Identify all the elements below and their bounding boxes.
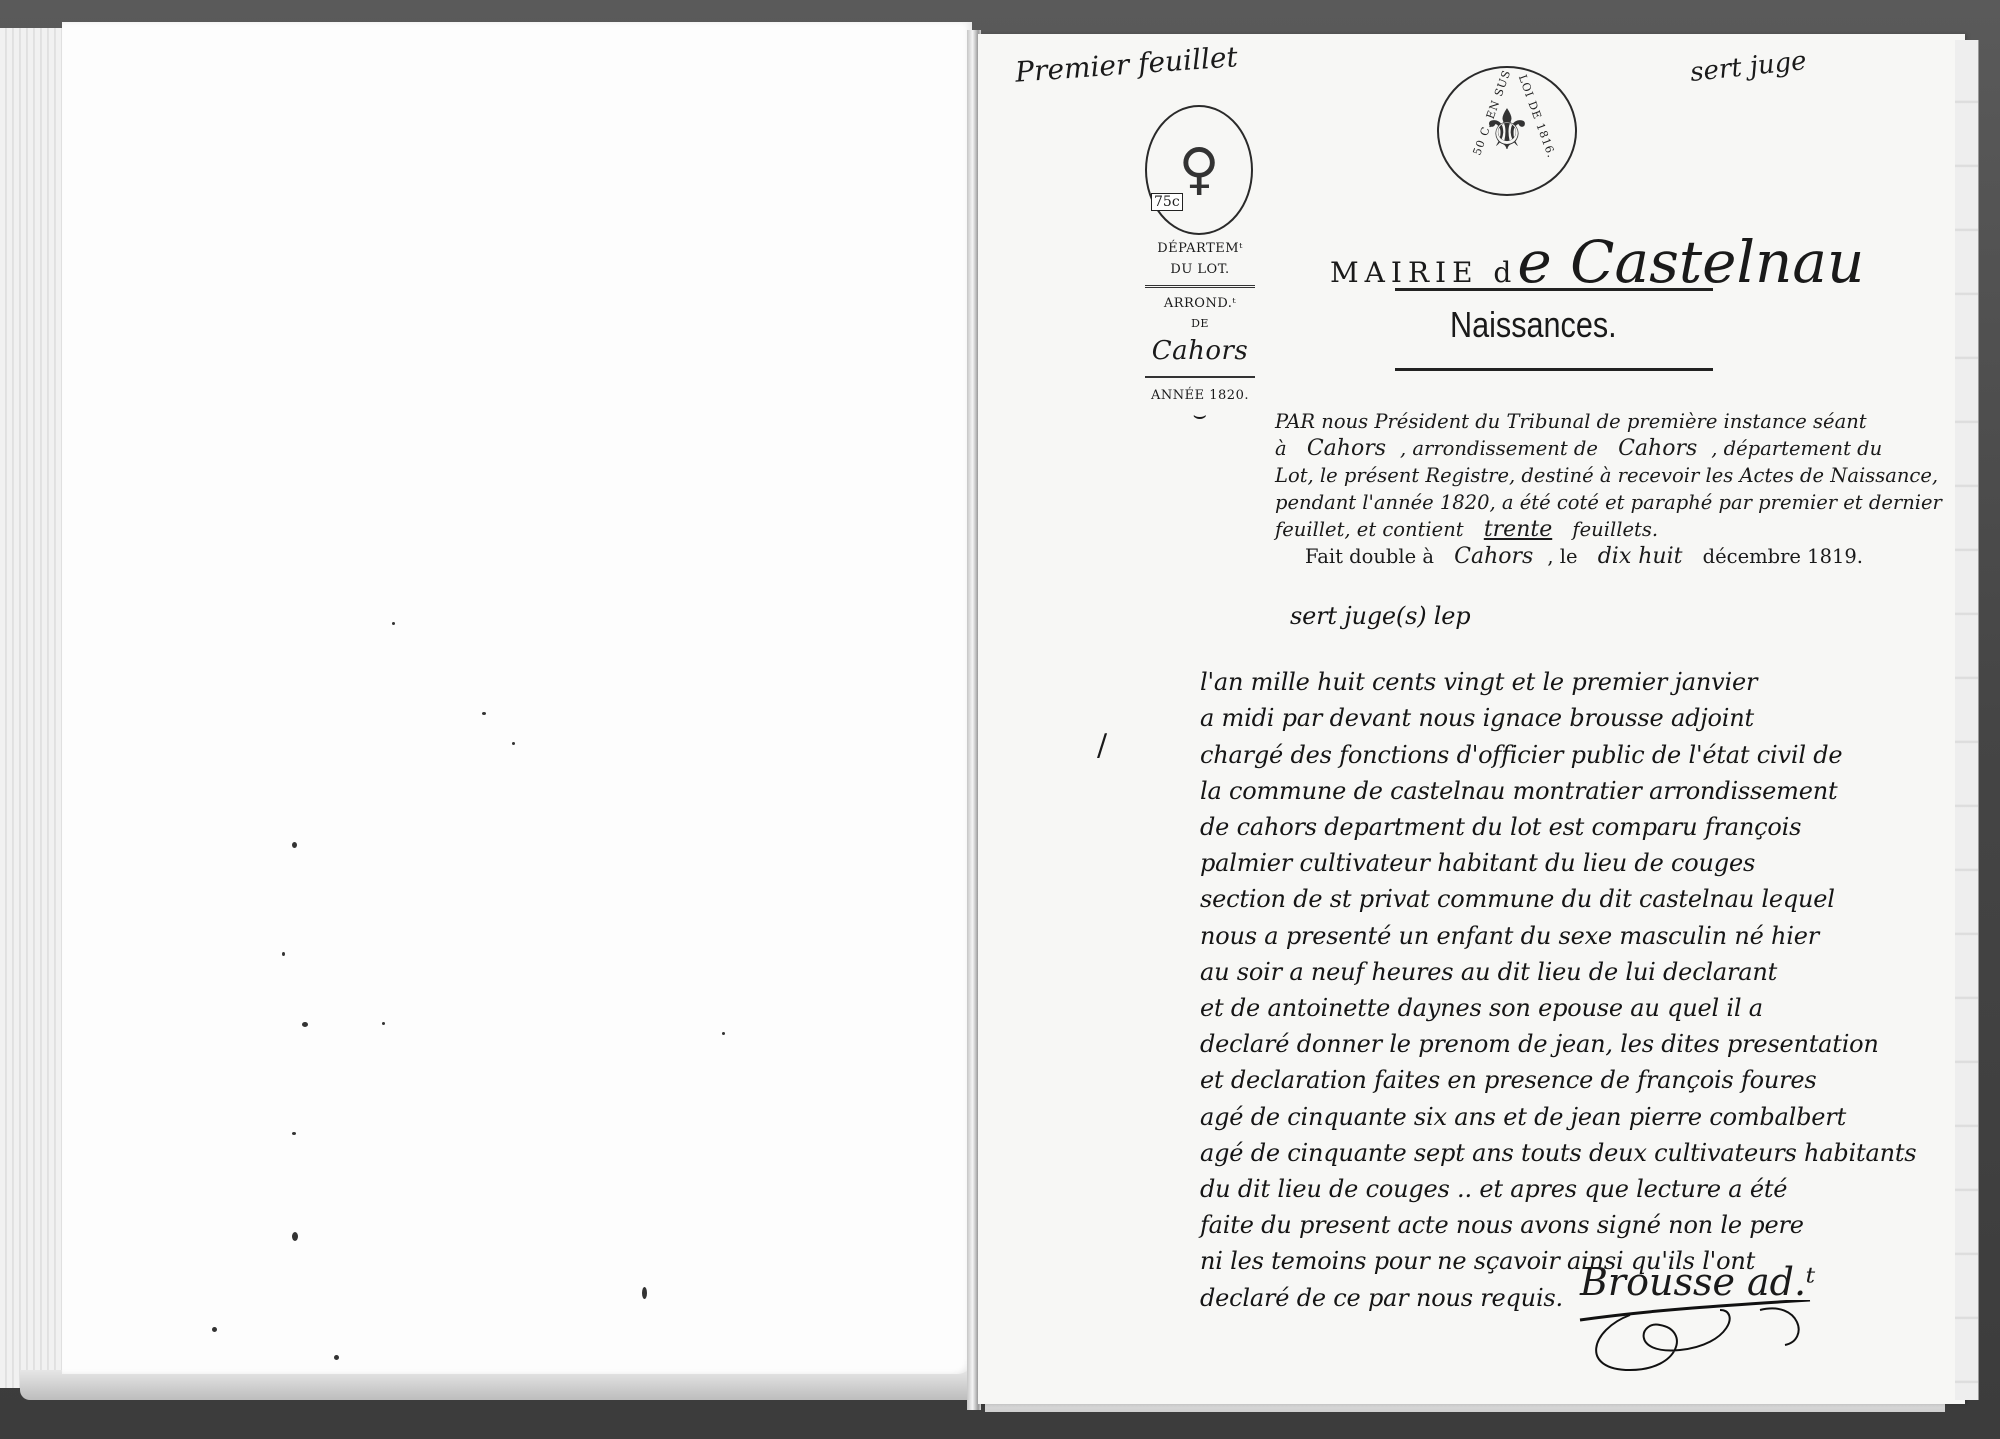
left-page-edges [0,28,70,1388]
official-signature: Brousse ad.ᵗ [1580,1260,1815,1304]
printed-line: à Cahors, arrondissement de Cahors, dépa… [1275,435,1875,462]
mairie-prefix: MAIRIE d [1330,256,1517,289]
act-line: a midi par devant nous ignace brousse ad… [1200,700,1970,736]
handwritten-birth-act: sert juge(s) lep l'an mille huit cents v… [1200,598,1970,1316]
department-side-block: DÉPARTEMᵗ DU LOT. ARROND.ᵗ DE Cahors ANN… [1130,235,1270,422]
act-line: nous a presenté un enfant du sexe mascul… [1200,918,1970,954]
printed-certification-paragraph: PAR nous Président du Tribunal de premiè… [1275,408,1875,570]
allegorical-figure-icon: ♀ [1179,142,1220,198]
handwritten-fill: Cahors [1293,436,1400,461]
stamp-value: 75c [1151,193,1183,211]
section-title: Naissances. [1450,304,1617,346]
printed-line: feuillet, et contient trente feuillets. [1275,516,1875,543]
brace-ornament: ⌣ [1130,409,1270,422]
handwritten-fill: trente [1470,517,1566,542]
act-line: agé de cinquante sept ans touts deux cul… [1200,1135,1970,1171]
act-line: de cahors department du lot est comparu … [1200,809,1970,845]
handwritten-fill: Cahors [1440,544,1547,569]
arrondissement-label: ARROND.ᵗ [1130,296,1270,311]
act-line: et de antoinette daynes son epouse au qu… [1200,990,1970,1026]
left-page-blank [62,22,972,1374]
arrondissement-value: Cahors [1130,336,1270,366]
act-line: chargé des fonctions d'officier public d… [1200,737,1970,773]
printed-line: pendant l'année 1820, a été coté et para… [1275,489,1875,516]
printed-line: PAR nous Président du Tribunal de premiè… [1275,408,1875,435]
act-line: palmier cultivateur habitant du lieu de … [1200,845,1970,881]
mairie-title: MAIRIE de Castelnau [1330,228,1864,296]
act-line: du dit lieu de couges .. et apres que le… [1200,1171,1970,1207]
act-line: l'an mille huit cents vingt et le premie… [1200,664,1970,700]
handwritten-fill: Cahors [1604,436,1711,461]
year-label: ANNÉE 1820. [1130,388,1270,403]
department-value: DU LOT. [1130,262,1270,277]
signature-flourish-icon [1570,1300,1820,1380]
act-line: au soir a neuf heures au dit lieu de lui… [1200,954,1970,990]
figure-tax-stamp: ♀ 75c [1145,105,1253,235]
act-line: section de st privat commune du dit cast… [1200,881,1970,917]
fleur-de-lis-tax-stamp: ⚜ 50 C. EN SUS LOI DE 1816. [1437,66,1577,196]
act-line: faite du present acte nous avons signé n… [1200,1207,1970,1243]
left-page-bottom-edge [20,1370,980,1400]
commune-name: e Castelnau [1517,228,1864,296]
title-rule-bottom [1395,368,1713,371]
divider [1145,376,1255,378]
department-label: DÉPARTEMᵗ [1130,241,1270,256]
printed-line: Fait double à Cahors, le dix huit décemb… [1275,543,1875,570]
de-label: DE [1130,317,1270,330]
title-rule-top [1395,288,1713,291]
act-line: declaré donner le prenom de jean, les di… [1200,1026,1970,1062]
margin-mark: / [1097,728,1107,763]
act-heading: sert juge(s) lep [1290,598,1970,634]
act-line: agé de cinquante six ans et de jean pier… [1200,1099,1970,1135]
act-line: et declaration faites en presence de fra… [1200,1062,1970,1098]
handwritten-fill: dix huit [1584,544,1697,569]
printed-line: Lot, le présent Registre, destiné à rece… [1275,462,1875,489]
act-line: la commune de castelnau montratier arron… [1200,773,1970,809]
divider [1145,285,1255,288]
